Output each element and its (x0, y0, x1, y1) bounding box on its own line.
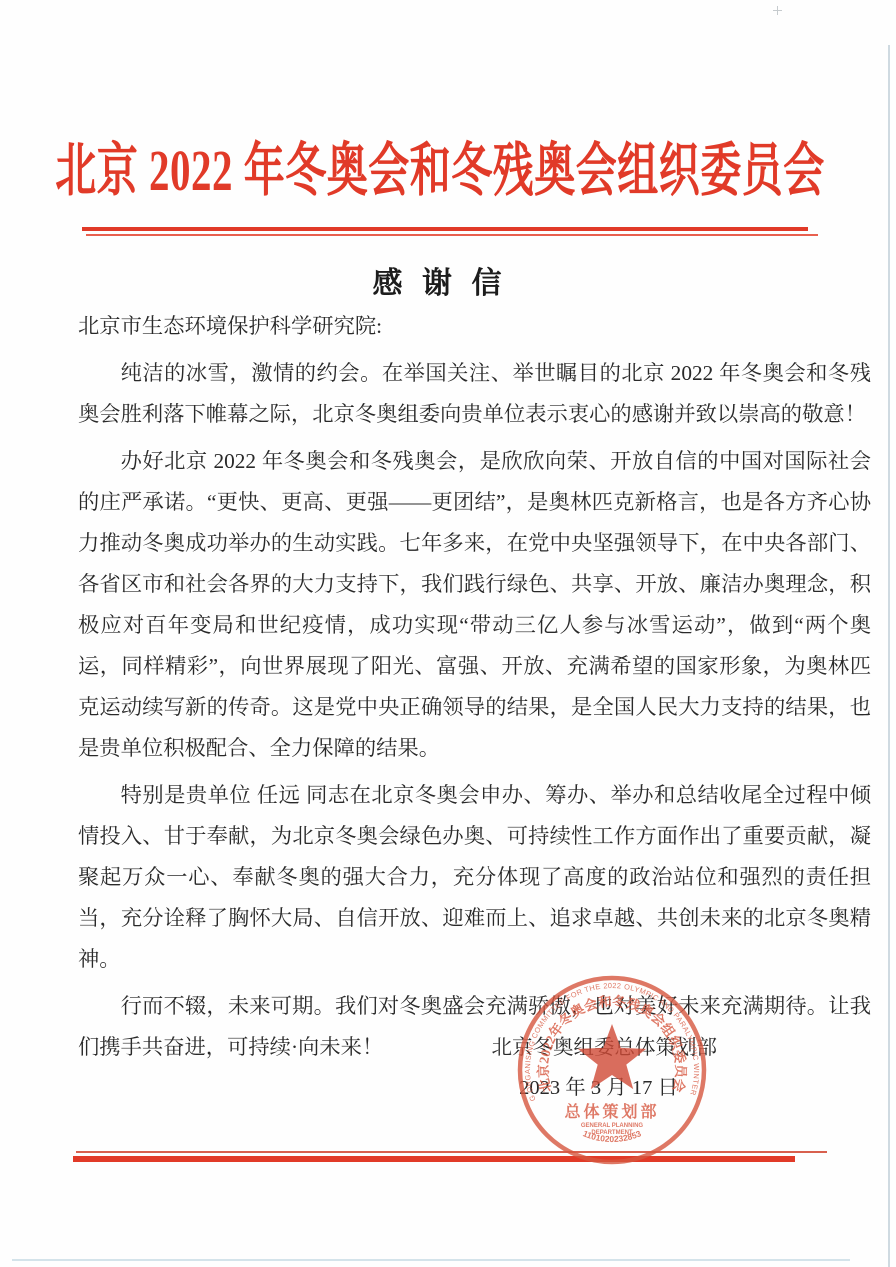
registration-mark-icon (773, 6, 782, 15)
letter-paragraph: 纯洁的冰雪，激情的约会。在举国关注、举世瞩目的北京 2022 年冬奥会和冬残奥会… (78, 353, 871, 435)
date-line: 2023 年 3 月 17 日 (0, 1070, 678, 1100)
header-rule-thick (82, 227, 808, 231)
seal-department-en-line1: GENERAL PLANNING (581, 1123, 644, 1129)
footer-rule-thick (73, 1156, 795, 1162)
scanned-letter-page: 北京 2022 年冬奥会和冬残奥会组织委员会 感 谢 信 北京市生态环境保护科学… (0, 0, 896, 1267)
footer-rule-thin (76, 1151, 827, 1153)
seal-serial-number: 1101020232853 (581, 1128, 642, 1144)
signature-line: 北京冬奥组委总体策划部 (0, 1030, 717, 1060)
salutation: 北京市生态环境保护科学研究院: (78, 306, 871, 347)
letter-paragraph: 办好北京 2022 年冬奥会和冬残奥会，是欣欣向荣、开放自信的中国对国际社会的庄… (78, 441, 871, 769)
scan-artifact-bottom-line (12, 1259, 850, 1261)
header-rule-thin (86, 234, 818, 236)
seal-department-en-line2: DEPARTMENT (591, 1130, 633, 1136)
seal-department-cn: 总体策划部 (564, 1102, 659, 1121)
letter-title: 感 谢 信 (0, 258, 880, 302)
scan-artifact-vertical-line (888, 45, 890, 1267)
letter-body: 北京市生态环境保护科学研究院: 纯洁的冰雪，激情的约会。在举国关注、举世瞩目的北… (78, 306, 871, 1068)
letterhead-title: 北京 2022 年冬奥会和冬残奥会组织委员会 (0, 122, 880, 218)
letter-paragraph: 特别是贵单位 任远 同志在北京冬奥会申办、筹办、举办和总结收尾全过程中倾情投入、… (78, 775, 871, 980)
letterhead-text: 北京 2022 年冬奥会和冬残奥会组织委员会 (55, 102, 825, 238)
